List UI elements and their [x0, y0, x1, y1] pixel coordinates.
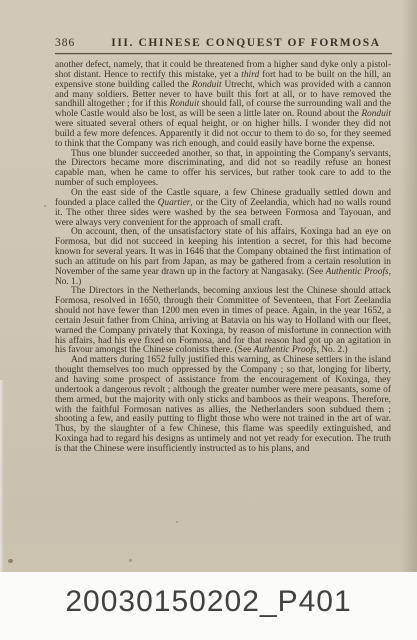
paragraph: The Directors in the Netherlands, becomi…: [55, 287, 391, 356]
paper-speck: [44, 205, 46, 207]
footer-strip: 20030150202_P401: [0, 572, 417, 640]
paragraph: Thus one blunder succeeded another, so t…: [55, 150, 391, 189]
page-body: another defect, namely, that it could be…: [55, 61, 391, 455]
paragraph: On account, then, of the unsatisfactory …: [55, 228, 391, 287]
paper-speck: [8, 559, 13, 563]
paragraph: And matters during 1652 fully justified …: [55, 356, 391, 454]
paragraph: another defect, namely, that it could be…: [55, 61, 391, 150]
paragraph: On the east side of the Castle square, a…: [55, 189, 391, 228]
header-title: III. CHINESE CONQUEST OF FORMOSA: [55, 37, 391, 49]
header-rule: [55, 53, 392, 54]
paper-speck: [176, 521, 178, 523]
scanned-book-page: 386 III. CHINESE CONQUEST OF FORMOSA ano…: [0, 0, 417, 640]
paper-speck: [129, 559, 132, 562]
paper-edge-shadow: [401, 0, 417, 572]
page-number: 386: [55, 37, 75, 49]
paper-edge-highlight: [0, 380, 4, 572]
paper-background: 386 III. CHINESE CONQUEST OF FORMOSA ano…: [0, 0, 417, 572]
scan-id-label: 20030150202_P401: [65, 585, 351, 628]
page-header: 386 III. CHINESE CONQUEST OF FORMOSA: [55, 37, 391, 52]
